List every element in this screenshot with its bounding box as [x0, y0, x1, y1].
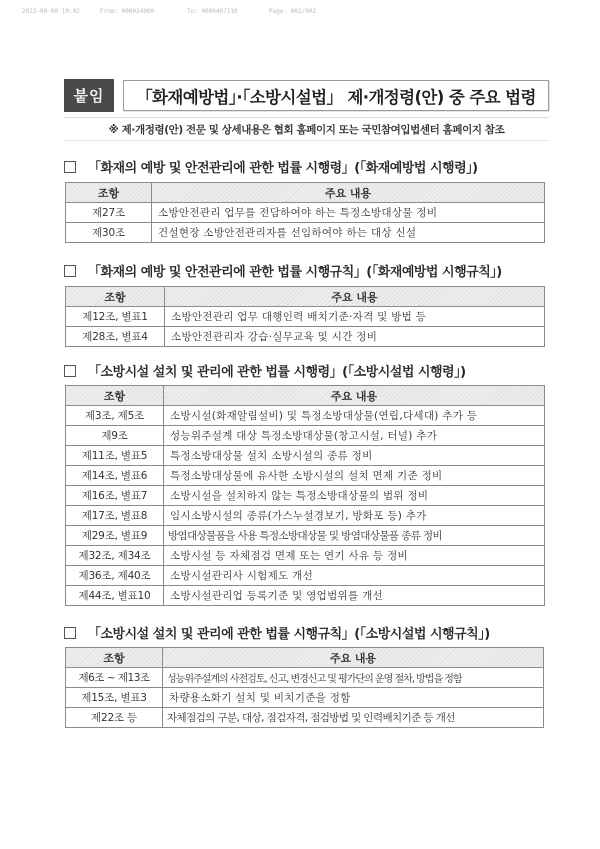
checkbox-square-icon — [64, 365, 76, 377]
section-title-text: 「화재의 예방 및 안전관리에 관한 법률 시행규칙」(「화재예방법 시행규칙」… — [88, 261, 502, 280]
article-cell: 제9조 — [66, 426, 164, 446]
header-article: 조항 — [66, 386, 164, 406]
table-row: 제16조, 별표7 소방시설을 설치하지 않는 특정소방대상물의 범위 정비 — [66, 486, 545, 506]
table-header-row: 조항 주요 내용 — [66, 648, 544, 668]
content-cell: 소방시설 등 자체점검 면제 또는 연기 사유 등 정비 — [164, 546, 545, 566]
content-cell: 성능위주설계 대상 특정소방대상물(창고시설, 터널) 추가 — [164, 426, 545, 446]
header-article: 조항 — [66, 183, 152, 203]
page-title: 「화재예방법」·「소방시설법」 제·개정령(안) 중 주요 법령 — [123, 80, 549, 111]
content-cell: 소방시설(화재알림설비) 및 특정소방대상물(연립,다세대) 추가 등 — [164, 406, 545, 426]
header-article: 조항 — [66, 648, 163, 668]
table-header-row: 조항 주요 내용 — [66, 386, 545, 406]
content-cell: 자체점검의 구분, 대상, 점검자격, 점검방법 및 인력배치기준 등 개선 — [163, 708, 544, 728]
article-cell: 제22조 등 — [66, 708, 163, 728]
law-table-fire-prevention-rule: 조항 주요 내용 제12조, 별표1 소방안전관리 업무 대행인력 배치기준·자… — [65, 286, 545, 347]
checkbox-square-icon — [64, 627, 76, 639]
table-row: 제27조 소방안전관리 업무를 전담하여야 하는 특정소방대상물 정비 — [66, 203, 545, 223]
article-cell: 제14조, 별표6 — [66, 466, 164, 486]
table-row: 제22조 등 자체점검의 구분, 대상, 점검자격, 점검방법 및 인력배치기준… — [66, 708, 544, 728]
section-title-fire-facilities-decree: 「소방시설 설치 및 관리에 관한 법률 시행령」(「소방시설법 시행령」) — [64, 361, 554, 380]
table-row: 제6조 ~ 제13조 성능위주설계의 사전검토, 신고, 변경신고 및 평가단의… — [66, 668, 544, 688]
fax-date: 2022-00-00 10:02 — [22, 8, 100, 15]
section-title-fire-facilities-rule: 「소방시설 설치 및 관리에 관한 법률 시행규칙」(「소방시설법 시행규칙」) — [64, 623, 554, 642]
attachment-badge: 붙임 — [64, 79, 114, 112]
section-title-fire-prevention-rule: 「화재의 예방 및 안전관리에 관한 법률 시행규칙」(「화재예방법 시행규칙」… — [64, 261, 554, 280]
table-row: 제17조, 별표8 임시소방시설의 종류(가스누설경보기, 방화포 등) 추가 — [66, 506, 545, 526]
article-cell: 제36조, 제40조 — [66, 566, 164, 586]
content-cell: 소방안전관리 업무 대행인력 배치기준·자격 및 방법 등 — [165, 307, 545, 327]
content-cell: 성능위주설계의 사전검토, 신고, 변경신고 및 평가단의 운영 절차, 방법을… — [163, 668, 544, 688]
content-cell: 소방시설관리사 시험제도 개선 — [164, 566, 545, 586]
header-content: 주요 내용 — [164, 386, 545, 406]
table-row: 제44조, 별표10 소방시설관리업 등록기준 및 영업범위를 개선 — [66, 586, 545, 606]
divider — [64, 140, 549, 141]
content-cell: 소방안전관리 업무를 전담하여야 하는 특정소방대상물 정비 — [152, 203, 545, 223]
table-row: 제15조, 별표3 차량용소화기 설치 및 비치기준을 정함 — [66, 688, 544, 708]
article-cell: 제29조, 별표9 — [66, 526, 164, 546]
table-row: 제3조, 제5조 소방시설(화재알림설비) 및 특정소방대상물(연립,다세대) … — [66, 406, 545, 426]
article-cell: 제27조 — [66, 203, 152, 223]
article-cell: 제12조, 별표1 — [66, 307, 165, 327]
header-content: 주요 내용 — [165, 287, 545, 307]
content-cell: 소방시설을 설치하지 않는 특정소방대상물의 범위 정비 — [164, 486, 545, 506]
content-cell: 건설현장 소방안전관리자를 선임하여야 하는 대상 신설 — [152, 223, 545, 243]
article-cell: 제3조, 제5조 — [66, 406, 164, 426]
content-cell: 소방안전관리자 강습·실무교육 및 시간 정비 — [165, 327, 545, 347]
divider — [64, 117, 549, 118]
content-cell: 특정소방대상물 설치 소방시설의 종류 정비 — [164, 446, 545, 466]
law-table-fire-facilities-rule: 조항 주요 내용 제6조 ~ 제13조 성능위주설계의 사전검토, 신고, 변경… — [65, 647, 544, 728]
article-cell: 제17조, 별표8 — [66, 506, 164, 526]
table-row: 제28조, 별표4 소방안전관리자 강습·실무교육 및 시간 정비 — [66, 327, 545, 347]
document-title: 붙임 「화재예방법」·「소방시설법」 제·개정령(안) 중 주요 법령 — [64, 79, 549, 112]
fax-page: Page: 002/002 — [269, 8, 316, 15]
table-row: 제30조 건설현장 소방안전관리자를 선임하여야 하는 대상 신설 — [66, 223, 545, 243]
header-content: 주요 내용 — [163, 648, 544, 668]
header-content: 주요 내용 — [152, 183, 545, 203]
content-cell: 소방시설관리업 등록기준 및 영업범위를 개선 — [164, 586, 545, 606]
article-cell: 제6조 ~ 제13조 — [66, 668, 163, 688]
article-cell: 제28조, 별표4 — [66, 327, 165, 347]
content-cell: 임시소방시설의 종류(가스누설경보기, 방화포 등) 추가 — [164, 506, 545, 526]
table-row: 제14조, 별표6 특정소방대상물에 유사한 소방시설의 설치 면제 기준 정비 — [66, 466, 545, 486]
header-article: 조항 — [66, 287, 165, 307]
article-cell: 제16조, 별표7 — [66, 486, 164, 506]
article-cell: 제44조, 별표10 — [66, 586, 164, 606]
table-row: 제36조, 제40조 소방시설관리사 시험제도 개선 — [66, 566, 545, 586]
table-row: 제32조, 제34조 소방시설 등 자체점검 면제 또는 연기 사유 등 정비 — [66, 546, 545, 566]
section-title-text: 「소방시설 설치 및 관리에 관한 법률 시행규칙」(「소방시설법 시행규칙」) — [88, 623, 490, 642]
law-table-fire-prevention-decree: 조항 주요 내용 제27조 소방안전관리 업무를 전담하여야 하는 특정소방대상… — [65, 182, 545, 243]
section-title-fire-prevention-decree: 「화재의 예방 및 안전관리에 관한 법률 시행령」(「화재예방법 시행령」) — [64, 157, 554, 176]
content-cell: 차량용소화기 설치 및 비치기준을 정함 — [163, 688, 544, 708]
content-cell: 특정소방대상물에 유사한 소방시설의 설치 면제 기준 정비 — [164, 466, 545, 486]
fax-to: To: 0000407110 — [187, 8, 269, 15]
table-header-row: 조항 주요 내용 — [66, 287, 545, 307]
section-title-text: 「소방시설 설치 및 관리에 관한 법률 시행령」(「소방시설법 시행령」) — [88, 361, 466, 380]
checkbox-square-icon — [64, 265, 76, 277]
fax-from: From: 000024000 — [100, 8, 187, 15]
article-cell: 제30조 — [66, 223, 152, 243]
table-row: 제9조 성능위주설계 대상 특정소방대상물(창고시설, 터널) 추가 — [66, 426, 545, 446]
article-cell: 제15조, 별표3 — [66, 688, 163, 708]
fax-header: 2022-00-00 10:02 From: 000024000 To: 000… — [22, 8, 316, 15]
reference-note: ※ 제·개정령(안) 전문 및 상세내용은 협회 홈페이지 또는 국민참여입법센… — [64, 122, 549, 137]
table-row: 제11조, 별표5 특정소방대상물 설치 소방시설의 종류 정비 — [66, 446, 545, 466]
table-header-row: 조항 주요 내용 — [66, 183, 545, 203]
article-cell: 제11조, 별표5 — [66, 446, 164, 466]
table-row: 제12조, 별표1 소방안전관리 업무 대행인력 배치기준·자격 및 방법 등 — [66, 307, 545, 327]
law-table-fire-facilities-decree: 조항 주요 내용 제3조, 제5조 소방시설(화재알림설비) 및 특정소방대상물… — [65, 385, 545, 606]
content-cell: 방염대상물품을 사용 특정소방대상물 및 방염대상물품 종류 정비 — [164, 526, 545, 546]
checkbox-square-icon — [64, 161, 76, 173]
section-title-text: 「화재의 예방 및 안전관리에 관한 법률 시행령」(「화재예방법 시행령」) — [88, 157, 478, 176]
table-row: 제29조, 별표9 방염대상물품을 사용 특정소방대상물 및 방염대상물품 종류… — [66, 526, 545, 546]
article-cell: 제32조, 제34조 — [66, 546, 164, 566]
